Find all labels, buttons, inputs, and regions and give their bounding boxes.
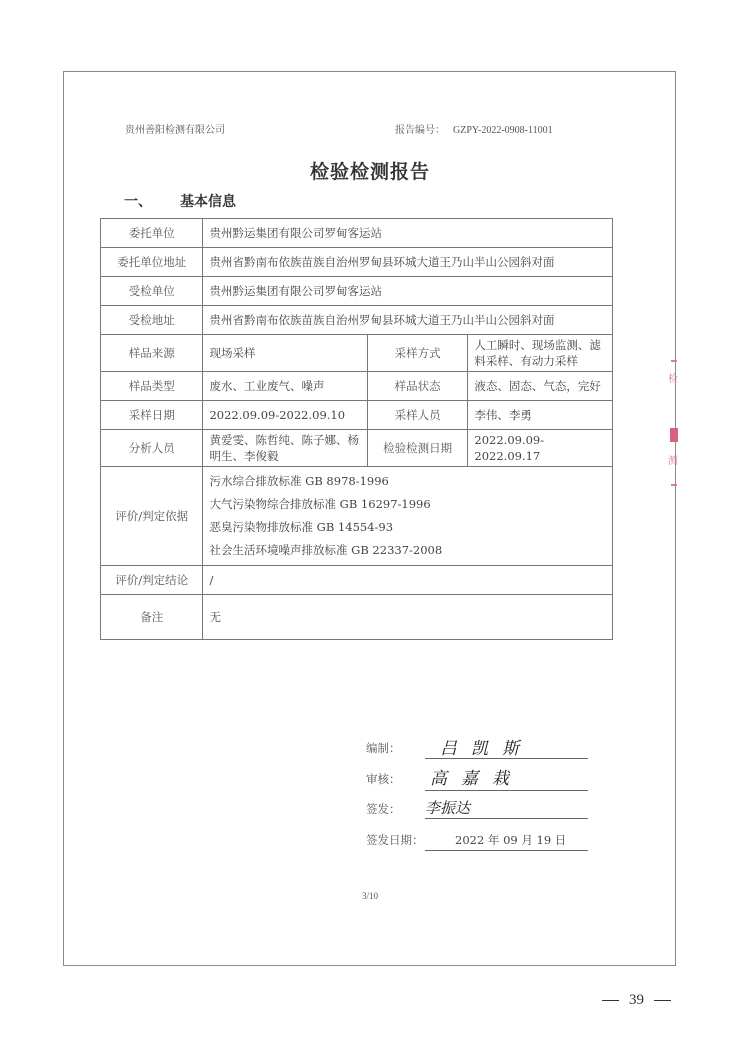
standard-item: 恶臭污染物排放标准 GB 14554-93 <box>209 516 606 539</box>
sampling-date-label: 采样日期 <box>101 401 203 430</box>
standard-item: 社会生活环境噪声排放标准 GB 22337-2008 <box>209 539 606 562</box>
issue-date-line <box>425 850 588 851</box>
report-number: 报告编号：GZPY-2022-0908-11001 <box>395 121 553 136</box>
reviewed-signature: 高嘉栽 <box>430 764 523 789</box>
issue-date-label: 签发日期： <box>366 832 424 848</box>
page-number: 3/10 <box>0 891 740 901</box>
approved-signature-line <box>425 818 588 819</box>
prepared-signature-line <box>425 758 588 759</box>
conclusion-label: 评价/判定结论 <box>101 566 203 595</box>
table-row: 受检单位 贵州黔运集团有限公司罗甸客运站 <box>101 277 613 306</box>
company-name: 贵州善阳检测有限公司 <box>125 121 225 136</box>
inspected-address-label: 受检地址 <box>101 306 203 335</box>
dash-left <box>602 1000 619 1001</box>
prepared-signature: 吕凯斯 <box>440 734 533 759</box>
table-row: 评价/判定结论 / <box>101 566 613 595</box>
basic-info-table: 委托单位 贵州黔运集团有限公司罗甸客运站 委托单位地址 贵州省黔南布依族苗族自治… <box>100 218 613 640</box>
sampling-date-value: 2022.09.09-2022.09.10 <box>203 401 367 430</box>
section-heading: 一、基本信息 <box>124 191 236 211</box>
section-index: 一、 <box>124 194 152 210</box>
table-row: 委托单位 贵州黔运集团有限公司罗甸客运站 <box>101 219 613 248</box>
sampling-staff-value: 李伟、李勇 <box>468 401 613 430</box>
approved-label: 签发： <box>366 801 401 817</box>
sample-state-value: 液态、固态、气态，完好 <box>468 372 613 401</box>
table-row: 评价/判定依据 污水综合排放标准 GB 8978-1996 大气污染物综合排放标… <box>101 467 613 566</box>
standard-item: 污水综合排放标准 GB 8978-1996 <box>209 470 606 493</box>
footer-page-number: 39 <box>592 992 681 1009</box>
seal-char: 测 <box>668 452 678 467</box>
sampling-method-label: 采样方式 <box>367 335 467 372</box>
table-row: 样品类型 废水、工业废气、噪声 样品状态 液态、固态、气态，完好 <box>101 372 613 401</box>
analysts-value: 黄爱雯、陈哲纯、陈子娜、杨明生、李俊毅 <box>203 430 367 467</box>
analysts-label: 分析人员 <box>101 430 203 467</box>
inspected-unit-value: 贵州黔运集团有限公司罗甸客运站 <box>203 277 613 306</box>
basis-value: 污水综合排放标准 GB 8978-1996 大气污染物综合排放标准 GB 162… <box>203 467 613 566</box>
table-row: 备注 无 <box>101 595 613 640</box>
sample-type-value: 废水、工业废气、噪声 <box>203 372 367 401</box>
seal-char: 检 <box>668 370 678 385</box>
section-title: 基本信息 <box>180 194 236 210</box>
sample-type-label: 样品类型 <box>101 372 203 401</box>
client-address-label: 委托单位地址 <box>101 248 203 277</box>
test-date-value: 2022.09.09-2022.09.17 <box>468 430 613 467</box>
reviewed-signature-line <box>425 790 588 791</box>
issue-date-value: 2022 年 09 月 19 日 <box>455 832 566 848</box>
report-title: 检验检测报告 <box>0 157 740 184</box>
sampling-staff-label: 采样人员 <box>367 401 467 430</box>
sample-source-label: 样品来源 <box>101 335 203 372</box>
sample-source-value: 现场采样 <box>203 335 367 372</box>
approved-signature: 李振达 <box>425 797 470 818</box>
prepared-label: 编制： <box>366 740 401 756</box>
table-row: 委托单位地址 贵州省黔南布依族苗族自治州罗甸县环城大道王乃山半山公园斜对面 <box>101 248 613 277</box>
report-number-value: GZPY-2022-0908-11001 <box>453 125 553 136</box>
client-address-value: 贵州省黔南布依族苗族自治州罗甸县环城大道王乃山半山公园斜对面 <box>203 248 613 277</box>
seal-stamp-icon: 检 测 <box>668 360 680 490</box>
table-row: 采样日期 2022.09.09-2022.09.10 采样人员 李伟、李勇 <box>101 401 613 430</box>
standard-item: 大气污染物综合排放标准 GB 16297-1996 <box>209 493 606 516</box>
client-unit-label: 委托单位 <box>101 219 203 248</box>
client-unit-value: 贵州黔运集团有限公司罗甸客运站 <box>203 219 613 248</box>
report-number-label: 报告编号： <box>395 125 445 136</box>
footer-page-value: 39 <box>629 992 644 1008</box>
reviewed-label: 审核： <box>366 771 401 787</box>
sampling-method-value: 人工瞬时、现场监测、滤料采样、有动力采样 <box>468 335 613 372</box>
table-row: 样品来源 现场采样 采样方式 人工瞬时、现场监测、滤料采样、有动力采样 <box>101 335 613 372</box>
inspected-unit-label: 受检单位 <box>101 277 203 306</box>
remarks-value: 无 <box>203 595 613 640</box>
table-row: 受检地址 贵州省黔南布依族苗族自治州罗甸县环城大道王乃山半山公园斜对面 <box>101 306 613 335</box>
basis-label: 评价/判定依据 <box>101 467 203 566</box>
table-row: 分析人员 黄爱雯、陈哲纯、陈子娜、杨明生、李俊毅 检验检测日期 2022.09.… <box>101 430 613 467</box>
conclusion-value: / <box>203 566 613 595</box>
dash-right <box>654 1000 671 1001</box>
remarks-label: 备注 <box>101 595 203 640</box>
inspected-address-value: 贵州省黔南布依族苗族自治州罗甸县环城大道王乃山半山公园斜对面 <box>203 306 613 335</box>
test-date-label: 检验检测日期 <box>367 430 467 467</box>
sample-state-label: 样品状态 <box>367 372 467 401</box>
